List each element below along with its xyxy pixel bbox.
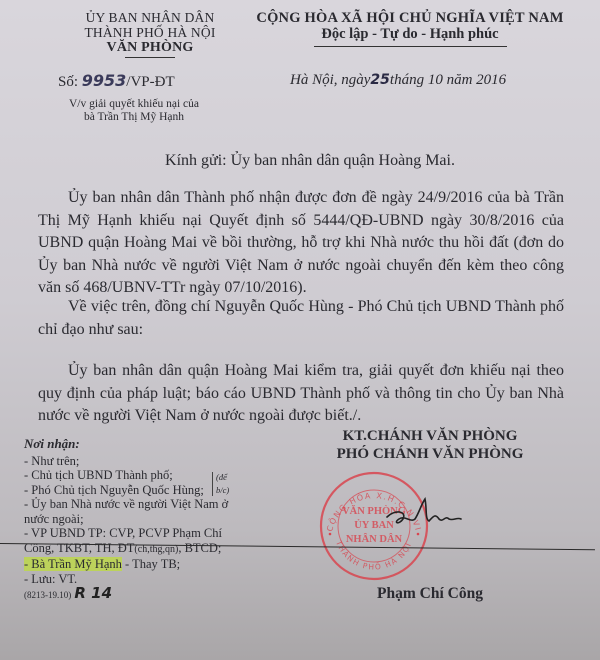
archive-code-row: (8213-19.10) R 14: [24, 586, 254, 603]
handwritten-note: R 14: [74, 584, 112, 602]
signature-title: KT.CHÁNH VĂN PHÒNG PHÓ CHÁNH VĂN PHÒNG: [330, 427, 530, 463]
agency-line-1: ỦY BAN NHÂN DÂN: [60, 10, 240, 25]
date-day-handwritten: 25: [370, 72, 389, 88]
document-number: Số: 9953/VP-ĐT: [58, 71, 175, 91]
document-number-prefix: Số:: [58, 74, 82, 90]
salutation: Kính gửi: Ủy ban nhân dân quận Hoàng Mai…: [0, 152, 600, 170]
brace-note: (để b/c): [216, 471, 229, 497]
signature-scribble-icon: [385, 495, 465, 535]
brace-mark: [212, 472, 213, 496]
recipient-item: - VP UBND TP: CVP, PCVP Phạm Chí Công, T…: [24, 526, 254, 557]
recipient-item: - Bà Trần Mỹ Hạnh - Thay TB;: [24, 557, 254, 572]
signer-name: Phạm Chí Công: [320, 585, 540, 603]
body-paragraph-1: Ủy ban nhân dân Thành phố nhận được đơn …: [38, 187, 564, 300]
issuing-agency: ỦY BAN NHÂN DÂN THÀNH PHỐ HÀ NỘI VĂN PHÒ…: [60, 10, 240, 58]
document-number-suffix: /VP-ĐT: [126, 74, 174, 90]
recipients-list: Nơi nhận: - Như trên; - Chủ tịch UBND Th…: [24, 437, 254, 603]
signature-title-line-1: KT.CHÁNH VĂN PHÒNG: [330, 427, 530, 445]
signature-title-line-2: PHÓ CHÁNH VĂN PHÒNG: [330, 445, 530, 463]
body-paragraph-2: Về việc trên, đồng chí Nguyễn Quốc Hùng …: [38, 296, 564, 341]
agency-underline: [125, 57, 175, 58]
subject: V/v giải quyết khiếu nại của bà Trần Thị…: [54, 98, 214, 124]
recipient-item: - Ủy ban Nhà nước về người Việt Nam ở nư…: [24, 497, 254, 526]
date-prefix: Hà Nội, ngày: [290, 72, 370, 88]
highlighted-recipient: - Bà Trần Mỹ Hạnh: [24, 557, 122, 571]
recipients-title: Nơi nhận:: [24, 437, 254, 452]
body-paragraph-3: Ủy ban nhân dân quận Hoàng Mai kiểm tra,…: [38, 360, 564, 428]
subject-line-2: bà Trần Thị Mỹ Hạnh: [54, 111, 214, 124]
archive-code: (8213-19.10): [24, 590, 71, 600]
agency-line-3: VĂN PHÒNG: [60, 40, 240, 55]
national-motto: CỘNG HÒA XÃ HỘI CHỦ NGHĨA VIỆT NAM Độc l…: [240, 10, 580, 47]
subject-line-1: V/v giải quyết khiếu nại của: [54, 98, 214, 111]
recipient-item: - Như trên;: [24, 454, 254, 469]
document-number-handwritten: 9953: [82, 71, 127, 90]
recipient-item: - Lưu: VT.: [24, 572, 254, 587]
motto: Độc lập - Tự do - Hạnh phúc: [240, 26, 580, 42]
issue-date: Hà Nội, ngày25tháng 10 năm 2016: [290, 72, 506, 89]
agency-line-2: THÀNH PHỐ HÀ NỘI: [60, 25, 240, 40]
country-name: CỘNG HÒA XÃ HỘI CHỦ NGHĨA VIỆT NAM: [240, 10, 580, 26]
motto-underline: [314, 46, 507, 47]
date-suffix: tháng 10 năm 2016: [390, 72, 506, 88]
